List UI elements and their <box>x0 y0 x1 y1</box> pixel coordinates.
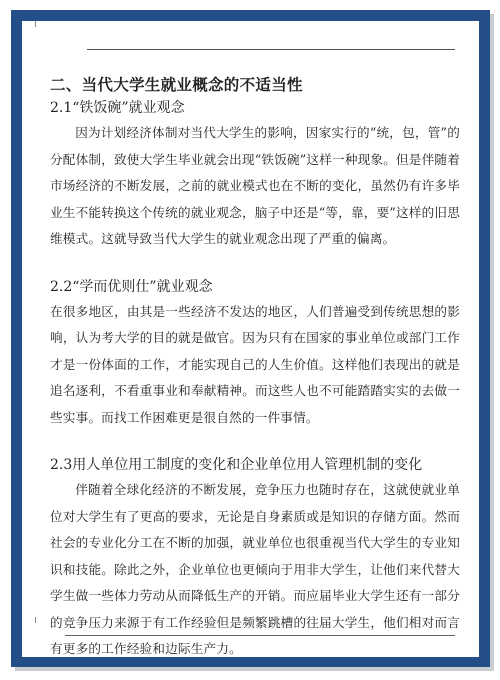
section-body: 伴随着全球化经济的不断发展，竞争压力也随时存在，这就使就业单位对大学生有了更高的… <box>50 477 460 663</box>
crop-mark <box>35 21 36 27</box>
section-title: 2.1“铁饭碗”就业观念 <box>50 96 460 120</box>
section-title: 2.2“学而优则仕”就业观念 <box>50 275 460 299</box>
header-rule <box>87 49 455 50</box>
document-content: 二、当代大学生就业概念的不适当性 2.1“铁饭碗”就业观念 因为计划经济体制对当… <box>50 74 460 663</box>
crop-mark <box>35 617 36 623</box>
section-body: 因为计划经济体制对当代大学生的影响，因家实行的“统，包，管”的分配体制，致使大学… <box>50 120 460 253</box>
section-title: 2.3用人单位用工制度的变化和企业单位用人管理机制的变化 <box>50 453 460 477</box>
section-body: 在很多地区，由其是一些经济不发达的地区，人们普遍受到传统思想的影响，认为考大学的… <box>50 299 460 432</box>
chapter-heading: 二、当代大学生就业概念的不适当性 <box>50 74 460 96</box>
